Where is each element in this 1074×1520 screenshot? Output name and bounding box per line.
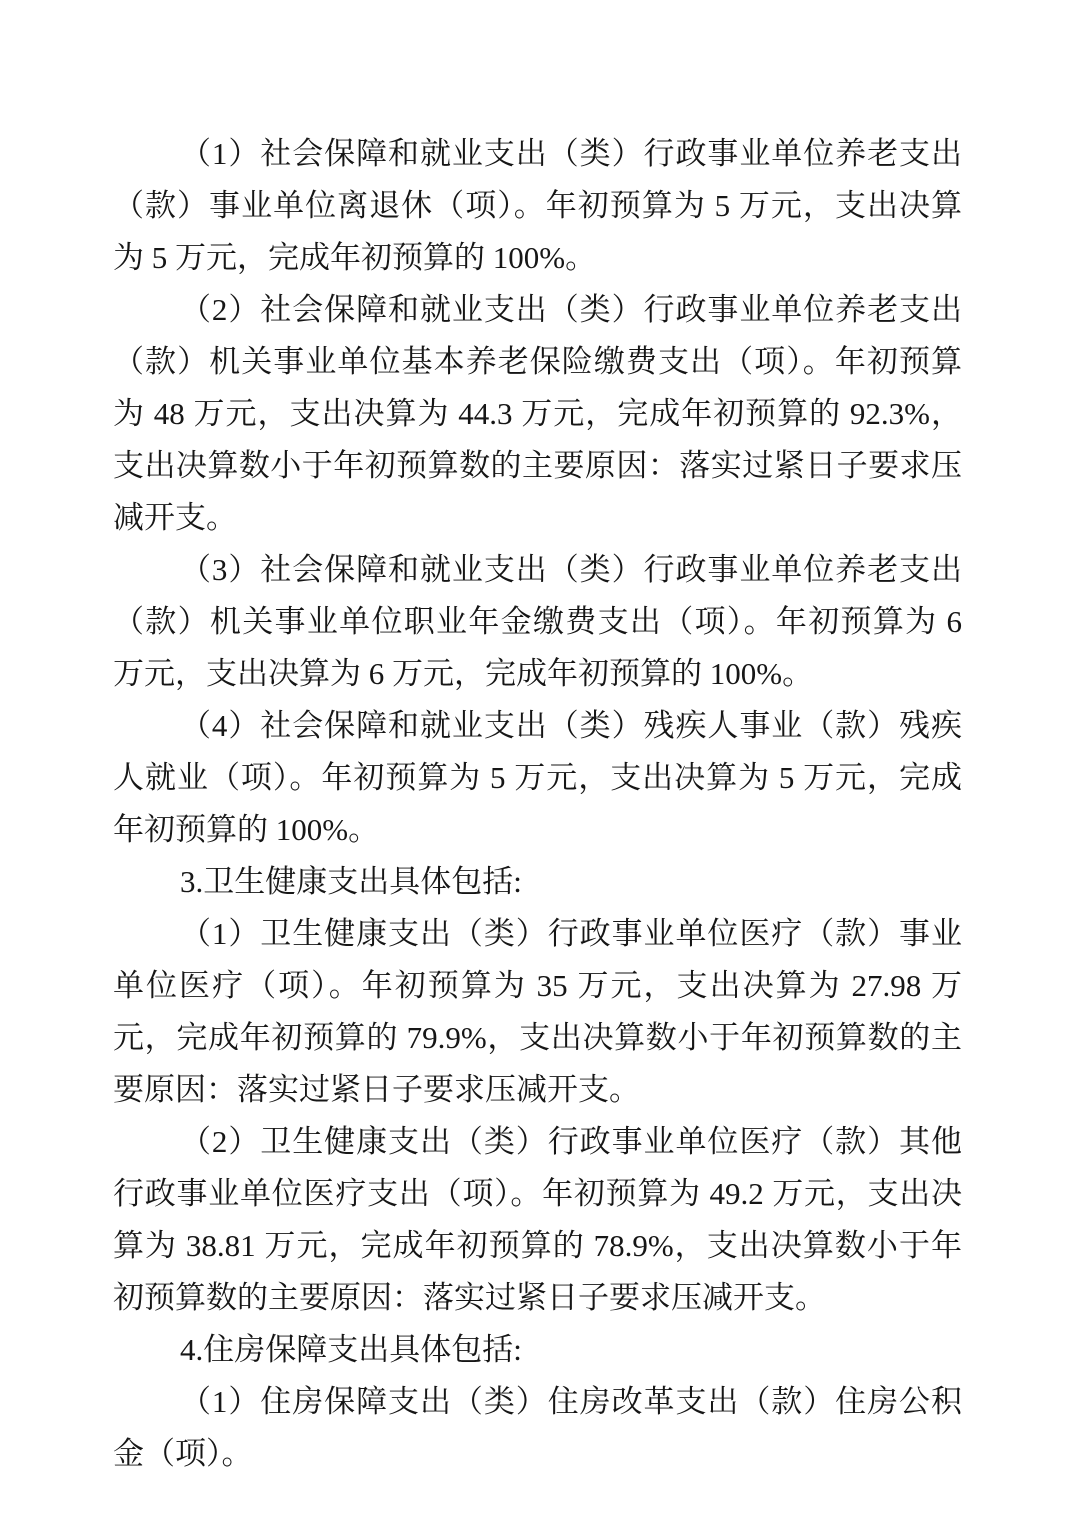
paragraph-social-security-item-4: （4）社会保障和就业支出（类）残疾人事业（款）残疾人就业（项）。年初预算为 5 … [113, 700, 962, 856]
document-page: （1）社会保障和就业支出（类）行政事业单位养老支出（款）事业单位离退休（项）。年… [0, 0, 1074, 1520]
heading-housing-expenditure: 4.住房保障支出具体包括: [113, 1324, 962, 1376]
paragraph-social-security-item-2: （2）社会保障和就业支出（类）行政事业单位养老支出（款）机关事业单位基本养老保险… [113, 284, 962, 544]
paragraph-health-item-2: （2）卫生健康支出（类）行政事业单位医疗（款）其他行政事业单位医疗支出（项）。年… [113, 1116, 962, 1324]
paragraph-housing-item-1: （1）住房保障支出（类）住房改革支出（款）住房公积金（项）。 [113, 1376, 962, 1480]
paragraph-health-item-1: （1）卫生健康支出（类）行政事业单位医疗（款）事业单位医疗（项）。年初预算为 3… [113, 908, 962, 1116]
heading-health-expenditure: 3.卫生健康支出具体包括: [113, 856, 962, 908]
paragraph-social-security-item-3: （3）社会保障和就业支出（类）行政事业单位养老支出（款）机关事业单位职业年金缴费… [113, 544, 962, 700]
paragraph-social-security-item-1: （1）社会保障和就业支出（类）行政事业单位养老支出（款）事业单位离退休（项）。年… [113, 128, 962, 284]
